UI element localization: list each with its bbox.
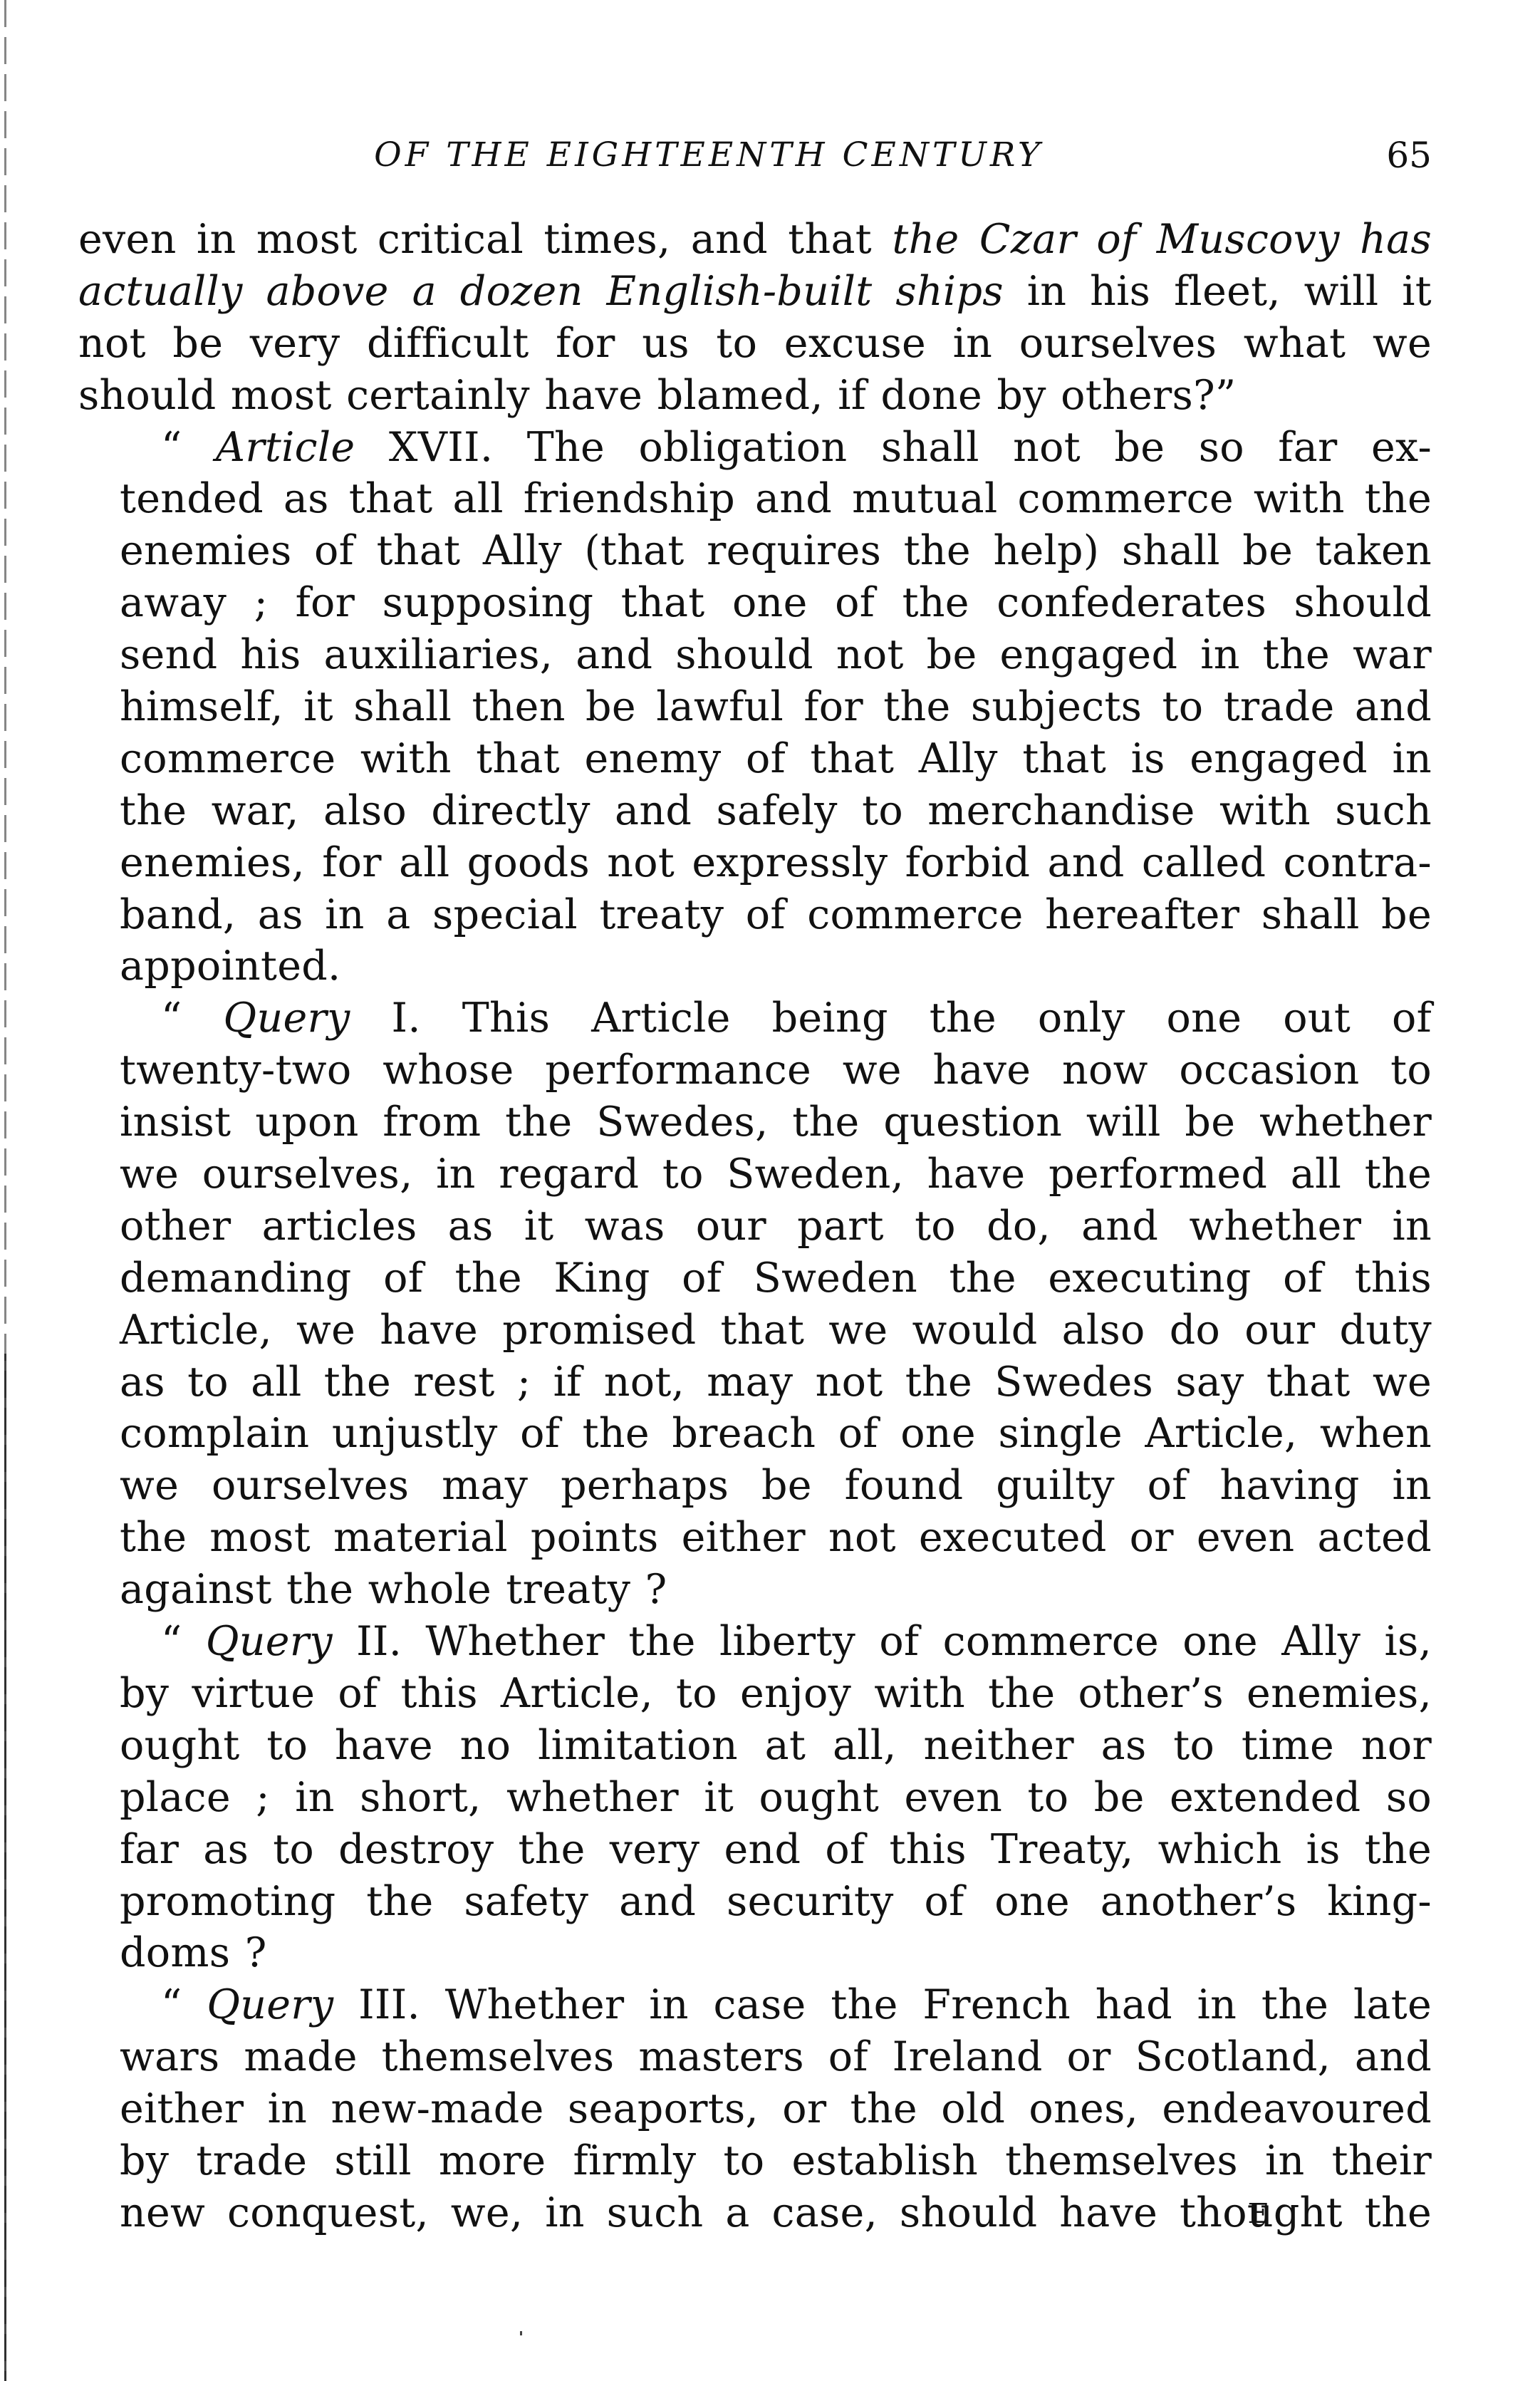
text-run: we ourselves, in regard to Sweden, have …	[120, 1151, 1432, 1198]
text-run: place ; in short, whether it ought even …	[120, 1774, 1432, 1821]
text-run: III. Whether in case the French had in t…	[333, 1981, 1432, 2028]
text-run: should most certainly have blamed, if do…	[78, 372, 1236, 419]
text-line: far as to destroy the very end of this T…	[78, 1824, 1432, 1876]
text-line: either in new-made seaports, or the old …	[78, 2083, 1432, 2135]
text-line: actually above a dozen English-built shi…	[78, 266, 1432, 318]
text-run: commerce with that enemy of that Ally th…	[120, 735, 1432, 782]
text-run: the war, also directly and safely to mer…	[120, 787, 1432, 834]
text-line: not be very difficult for us to excuse i…	[78, 318, 1432, 370]
text-run: Article, we have promised that we would …	[120, 1307, 1432, 1354]
text-run: against the whole treaty ?	[120, 1566, 667, 1613]
text-run: doms ?	[120, 1929, 267, 1976]
signature-mark: E	[1248, 2196, 1269, 2231]
running-head: OF THE EIGHTEENTH CENTURY 65	[78, 134, 1432, 177]
text-line: insist upon from the Swedes, the questio…	[78, 1096, 1432, 1148]
text-line: doms ?	[78, 1927, 1432, 1979]
text-run: XVII. The obligation shall not be so far…	[355, 424, 1432, 471]
paragraph-query-ii: “ Query II. Whether the liberty of comme…	[78, 1616, 1432, 1979]
text-line: complain unjustly of the breach of one s…	[78, 1408, 1432, 1460]
text-run: wars made themselves masters of Ireland …	[120, 2033, 1432, 2080]
text-line: by trade still more firmly to establish …	[78, 2135, 1432, 2187]
text-line: by virtue of this Article, to enjoy with…	[78, 1668, 1432, 1720]
text-run: enemies, for all goods not expressly for…	[120, 839, 1432, 886]
paragraph-query-iii: “ Query III. Whether in case the French …	[78, 1979, 1432, 2239]
text-run: I. This Article being the only one out o…	[350, 995, 1432, 1042]
text-line: the war, also directly and safely to mer…	[78, 785, 1432, 837]
text-line: appointed.	[78, 940, 1432, 992]
text-line: commerce with that enemy of that Ally th…	[78, 733, 1432, 785]
text-run: by trade still more firmly to establish …	[120, 2137, 1432, 2184]
italic-text: Query	[223, 995, 350, 1042]
text-run: as to all the rest ; if not, may not the…	[120, 1359, 1432, 1406]
text-line: place ; in short, whether it ought even …	[78, 1772, 1432, 1824]
text-line: band, as in a special treaty of commerce…	[78, 889, 1432, 941]
text-line: tended as that all friendship and mutual…	[78, 473, 1432, 525]
text-line: we ourselves may perhaps be found guilty…	[78, 1460, 1432, 1512]
text-run: ought to have no limitation at all, neit…	[120, 1722, 1432, 1769]
italic-text: Article	[216, 424, 355, 471]
text-line: even in most critical times, and that th…	[78, 214, 1432, 266]
text-run: band, as in a special treaty of commerce…	[120, 891, 1432, 938]
text-run: promoting the safety and security of one…	[120, 1878, 1432, 1925]
text-line: enemies of that Ally (that requires the …	[78, 525, 1432, 577]
body-text: even in most critical times, and that th…	[78, 214, 1432, 2239]
text-line: “ Query II. Whether the liberty of comme…	[78, 1616, 1432, 1668]
italic-text: Query	[206, 1618, 333, 1665]
scan-edge-artifact-lower	[4, 1354, 6, 2381]
text-line: “ Query I. This Article being the only o…	[78, 992, 1432, 1044]
text-line: Article, we have promised that we would …	[78, 1304, 1432, 1357]
text-run: “	[161, 1618, 206, 1665]
italic-text: the Czar of Muscovy has	[892, 216, 1432, 263]
text-run: other articles as it was our part to do,…	[120, 1203, 1432, 1250]
text-run: “	[161, 424, 216, 471]
text-run: either in new-made seaports, or the old …	[120, 2085, 1432, 2132]
text-run: enemies of that Ally (that requires the …	[120, 527, 1432, 574]
text-line: the most material points either not exec…	[78, 1512, 1432, 1564]
text-run: in his fleet, will it	[1004, 268, 1432, 315]
page-number: 65	[1386, 134, 1432, 177]
text-line: himself, it shall then be lawful for the…	[78, 681, 1432, 733]
italic-text: actually above a dozen English-built shi…	[78, 268, 1004, 315]
text-line: should most certainly have blamed, if do…	[78, 370, 1432, 422]
text-run: the most material points either not exec…	[120, 1514, 1432, 1561]
text-line: twenty-two whose performance we have now…	[78, 1044, 1432, 1096]
text-line: as to all the rest ; if not, may not the…	[78, 1357, 1432, 1409]
running-title: OF THE EIGHTEENTH CENTURY	[78, 134, 1432, 177]
text-run: demanding of the King of Sweden the exec…	[120, 1255, 1432, 1302]
text-run: insist upon from the Swedes, the questio…	[120, 1099, 1432, 1146]
text-run: complain unjustly of the breach of one s…	[120, 1410, 1432, 1457]
text-run: far as to destroy the very end of this T…	[120, 1826, 1432, 1873]
text-line: against the whole treaty ?	[78, 1564, 1432, 1616]
text-run: twenty-two whose performance we have now…	[120, 1047, 1432, 1094]
scan-speck	[520, 2331, 522, 2335]
text-run: appointed.	[120, 943, 340, 990]
text-run: send his auxiliaries, and should not be …	[120, 631, 1432, 678]
text-run: “	[161, 995, 223, 1042]
text-run: by virtue of this Article, to enjoy with…	[120, 1670, 1432, 1717]
text-line: “ Article XVII. The obligation shall not…	[78, 422, 1432, 474]
text-run: “	[161, 1981, 207, 2028]
text-line: we ourselves, in regard to Sweden, have …	[78, 1148, 1432, 1200]
paragraph-query-i: “ Query I. This Article being the only o…	[78, 992, 1432, 1616]
text-line: “ Query III. Whether in case the French …	[78, 1979, 1432, 2031]
paragraph-article-xvii: “ Article XVII. The obligation shall not…	[78, 422, 1432, 993]
text-line: away ; for supposing that one of the con…	[78, 577, 1432, 629]
text-line: promoting the safety and security of one…	[78, 1876, 1432, 1928]
text-run: not be very difficult for us to excuse i…	[78, 320, 1432, 367]
text-line: send his auxiliaries, and should not be …	[78, 629, 1432, 681]
text-run: we ourselves may perhaps be found guilty…	[120, 1462, 1432, 1509]
text-line: enemies, for all goods not expressly for…	[78, 837, 1432, 889]
text-run: himself, it shall then be lawful for the…	[120, 683, 1432, 730]
text-line: wars made themselves masters of Ireland …	[78, 2031, 1432, 2083]
text-line: demanding of the King of Sweden the exec…	[78, 1252, 1432, 1304]
italic-text: Query	[207, 1981, 333, 2028]
text-run: new conquest, we, in such a case, should…	[120, 2189, 1432, 2236]
text-line: new conquest, we, in such a case, should…	[78, 2187, 1432, 2239]
text-line: other articles as it was our part to do,…	[78, 1200, 1432, 1252]
text-run: even in most critical times, and that	[78, 216, 892, 263]
text-run: away ; for supposing that one of the con…	[120, 579, 1432, 626]
text-run: tended as that all friendship and mutual…	[120, 475, 1432, 522]
text-run: II. Whether the liberty of commerce one …	[333, 1618, 1432, 1665]
paragraph-continuation: even in most critical times, and that th…	[78, 214, 1432, 422]
text-line: ought to have no limitation at all, neit…	[78, 1720, 1432, 1772]
